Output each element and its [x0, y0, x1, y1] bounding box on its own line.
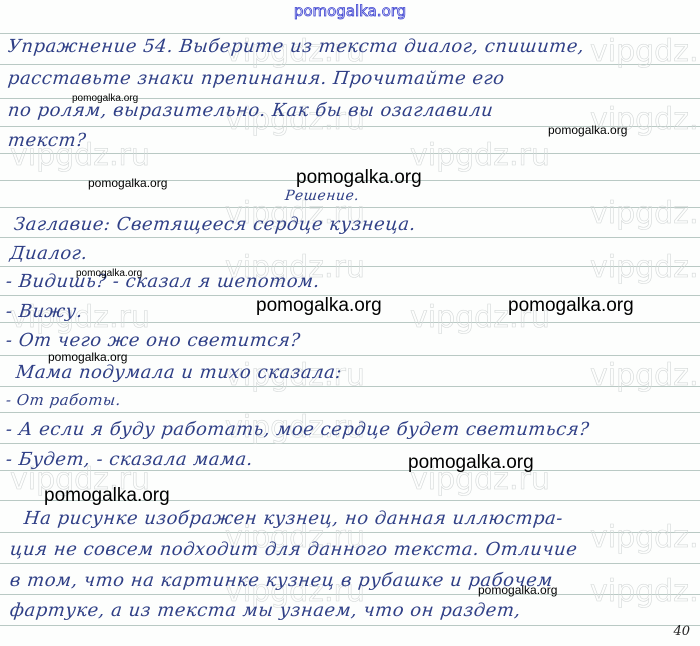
task-line: расставьте знаки препинания. Прочитайте …	[7, 68, 506, 89]
watermark: pomogalka.org	[408, 452, 534, 474]
page-number: 40	[673, 624, 690, 639]
background-watermark: vipgdz.ru	[590, 520, 700, 555]
dialog-line: - А если я буду работать, мое сердце буд…	[5, 419, 591, 440]
background-watermark: vipgdz.ru	[410, 138, 550, 173]
dialog-label: Диалог.	[9, 243, 89, 264]
watermark: pomogalka.org	[48, 350, 127, 364]
ruled-line	[0, 237, 700, 238]
watermark: pomogalka.org	[76, 268, 142, 279]
background-watermark: vipgdz.ru	[590, 358, 700, 393]
dialog-line: - От чего же оно светится?	[5, 330, 302, 351]
dialog-line: - От работы.	[5, 391, 122, 409]
notebook-page: vipgdz.ru vipgdz.ru vipgdz.ru vipgdz.ru …	[0, 0, 700, 646]
solution-heading: Решение.	[284, 188, 360, 204]
background-watermark: vipgdz.ru	[590, 196, 700, 231]
watermark: pomogalka.org	[88, 176, 167, 190]
dialog-line: - Видишь? - сказал я шепотом.	[5, 271, 321, 292]
paragraph-line: фартуке, а из текста мы узнаем, что он р…	[9, 600, 522, 621]
watermark: pomogalka.org	[44, 485, 170, 507]
background-watermark: vipgdz.ru	[590, 250, 700, 285]
title-line: Заглавие: Светящееся сердце кузнеца.	[13, 214, 417, 235]
paragraph-line: ция не совсем подходит для данного текст…	[9, 539, 579, 560]
site-watermark-top: pomogalka.org	[0, 2, 700, 20]
background-watermark: vipgdz.ru	[590, 34, 700, 69]
ruled-line	[0, 563, 700, 564]
watermark: pomogalka.org	[508, 295, 634, 317]
watermark: pomogalka.org	[548, 123, 627, 137]
task-line: текст?	[7, 130, 87, 151]
watermark: pomogalka.org	[296, 167, 422, 189]
task-line: Упражнение 54. Выберите из текста диалог…	[7, 36, 585, 57]
background-watermark: vipgdz.ru	[590, 574, 700, 609]
ruled-line	[0, 625, 700, 626]
dialog-line: Мама подумала и тихо сказала:	[15, 362, 343, 383]
watermark: pomogalka.org	[72, 93, 138, 104]
watermark: pomogalka.org	[478, 583, 557, 597]
watermark: pomogalka.org	[256, 295, 382, 317]
dialog-line: - Вижу.	[5, 301, 84, 322]
paragraph-line: На рисунке изображен кузнец, но данная и…	[23, 508, 564, 529]
paragraph-line: в том, что на картинке кузнец в рубашке …	[9, 570, 554, 591]
dialog-line: - Будет, - сказала мама.	[5, 449, 254, 470]
